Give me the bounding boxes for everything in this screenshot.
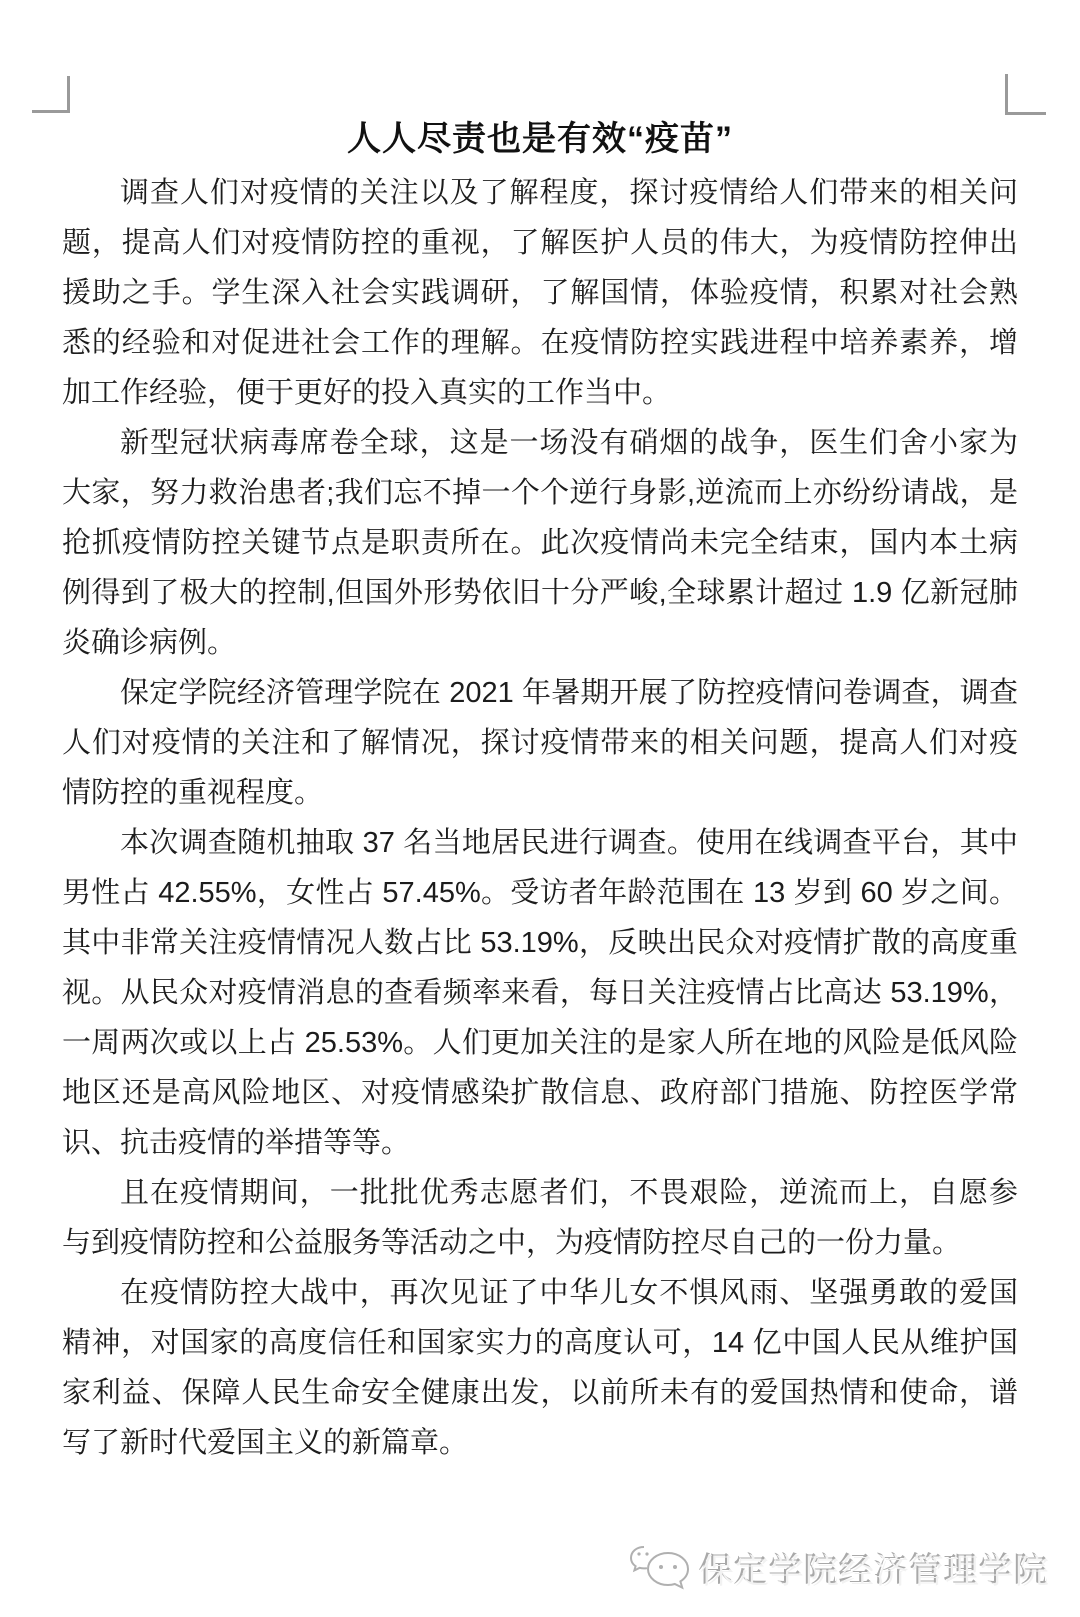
document-content: 人人尽责也是有效“疫苗” 调查人们对疫情的关注以及了解程度，探讨疫情给人们带来的… bbox=[62, 110, 1018, 1468]
document-page: 人人尽责也是有效“疫苗” 调查人们对疫情的关注以及了解程度，探讨疫情给人们带来的… bbox=[0, 0, 1080, 1617]
paragraph: 调查人们对疫情的关注以及了解程度，探讨疫情给人们带来的相关问题，提高人们对疫情防… bbox=[62, 168, 1018, 418]
document-title: 人人尽责也是有效“疫苗” bbox=[62, 110, 1018, 168]
document-body: 调查人们对疫情的关注以及了解程度，探讨疫情给人们带来的相关问题，提高人们对疫情防… bbox=[62, 168, 1018, 1468]
watermark-account-name: 保定学院经济管理学院 bbox=[700, 1544, 1050, 1593]
scan-corner-mark-left bbox=[32, 76, 70, 113]
scan-corner-mark-right bbox=[1005, 74, 1046, 115]
paragraph: 在疫情防控大战中，再次见证了中华儿女不惧风雨、坚强勇敢的爱国精神，对国家的高度信… bbox=[62, 1268, 1018, 1468]
wechat-icon bbox=[630, 1543, 692, 1593]
paragraph: 且在疫情期间，一批批优秀志愿者们，不畏艰险，逆流而上，自愿参与到疫情防控和公益服… bbox=[62, 1168, 1018, 1268]
watermark-footer: 保定学院经济管理学院 bbox=[630, 1543, 1050, 1593]
paragraph: 新型冠状病毒席卷全球，这是一场没有硝烟的战争，医生们舍小家为大家，努力救治患者;… bbox=[62, 418, 1018, 668]
paragraph: 保定学院经济管理学院在 2021 年暑期开展了防控疫情问卷调查，调查人们对疫情的… bbox=[62, 668, 1018, 818]
paragraph: 本次调查随机抽取 37 名当地居民进行调查。使用在线调查平台，其中男性占 42.… bbox=[62, 818, 1018, 1168]
